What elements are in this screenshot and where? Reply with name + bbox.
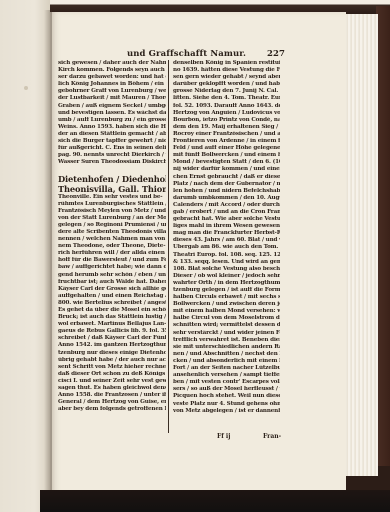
text-line: halben Circuls erbawet / mit sechs schön… (173, 294, 280, 301)
text-line: Rocroy einer Frantzösischen / und auff d… (173, 131, 280, 138)
section-heading: Theonisvilla, Gall. Thionville, (58, 184, 166, 194)
text-line: chen Ernst gebraucht / daß er diesen ves… (173, 174, 280, 181)
text-line: no 1639. hätten diese Vestung die Frantz… (173, 67, 280, 74)
section-heading: Dietenhofen / Diedenhoben / (58, 174, 166, 184)
text-line: & 133. seqq. lesen. Und wird an gemeldte… (173, 259, 280, 266)
text-line: sich gewesen / daher auch der Nahm dis (58, 60, 166, 67)
text-line: darumb umbkommen / den 10. Augusti N. (173, 195, 280, 202)
page-number: 227 (267, 49, 285, 59)
text-line: Graben / auß eignem Seckel / umbgeben / (58, 103, 166, 110)
text-line: denselben König in Spanien restituirt. A… (173, 60, 280, 67)
text-line: ben / mit vesten contr' Escarpes voll Wa… (173, 379, 280, 386)
text-line: von Metz abgelegen / ist er dannenher de… (173, 408, 280, 415)
running-head: und Graffschafft Namur. 227 (82, 49, 282, 60)
text-line: aber bey dem folgends getroffenen Frie- (58, 406, 166, 413)
text-line: tzenburg gelegen / ist auff die Form ein… (173, 287, 280, 294)
text-line: gebohrner Graff von Lurenburg / wegen (58, 88, 166, 95)
running-head-title: und Graffschafft Namur. (127, 49, 246, 59)
text-line: Kirch kommen. Folgends seyn auch Häu- (58, 67, 166, 74)
text-line: wol erbawet. Martinus Bellajus Lan- (58, 321, 166, 328)
text-line: cisci I. und seiner Zeit sehr vest gewes… (58, 378, 166, 385)
text-line: gelegen / so Reginoni Prumiensi / und an… (58, 222, 166, 229)
text-line: baw / auffgerichtet habe; wie dann die G… (58, 264, 166, 271)
text-line: Es gehet da über die Mosel ein schöne (58, 307, 166, 314)
text-line: Bollwercken / und zwischen deren jeglich… (173, 301, 280, 308)
text-line: hoff für die Bawersleut / und zum Feld- (58, 257, 166, 264)
text-line: mit fünff Bollwercken / und einem halben (173, 152, 280, 159)
text-line: Theatri Europ. fol. 108. seq. 125. 129. … (173, 252, 280, 259)
text-line: Platz / nach dem der Gubernator / neben … (173, 181, 280, 188)
text-line: General / dem Hertzog von Guise, erobert… (58, 399, 166, 406)
text-line: len hohen / und nidern Befelchshabern (173, 188, 280, 195)
text-line: Picquen hoch stehet. Weil nun dieser so (173, 393, 280, 400)
text-line: gend herumb sehr schön / eben / und gar (58, 272, 166, 279)
text-line: gebracht hat. Wie aber solche Vestung so… (173, 216, 280, 223)
text-line: und bevestigen lassen. Es wächst da her- (58, 110, 166, 117)
text-line: gaeus de Rebus Gallicis lib. 9. fol. 359… (58, 328, 166, 335)
text-line: 108. Blat solche Vestung also beschriebe… (173, 266, 280, 273)
text-line: dem den 19. Maij erhaltenen Sieg / bey (173, 124, 280, 131)
text-line: Anno 1542. im gantzen Hertzogthumb Lu- (58, 342, 166, 349)
text-line: ansehenlich versehen / sampt tieffen Grä… (173, 372, 280, 379)
column-rule (168, 60, 169, 433)
catchword: Fran- (263, 433, 281, 440)
text-line: auffgehalten / und einen Reichstag Anno (58, 293, 166, 300)
text-line: dieses 43. Jahrs / am 60. Blat / und von… (173, 237, 280, 244)
text-line: fol. 52. 1093. Darauff Anno 1643. der (173, 103, 280, 110)
text-line: litten. Siehe den 4. Tom. Theatr. Europ. (173, 95, 280, 102)
text-line: von der Statt Lurenburg / an der Mosel (58, 215, 166, 222)
text-line: sent Schritt von Metz hieher rechnet / u… (58, 364, 166, 371)
text-line: nennen / welchen Nahmen man von ei- (58, 236, 166, 243)
text-line: Käyser Carl der Grosse sich allhie gern (58, 286, 166, 293)
text-line: sich die Burger tapffer gewehrt / nichts… (58, 138, 166, 145)
text-line: Bruck; ist auch das Stättlein lustig / u… (58, 314, 166, 321)
text-line: Anno 1558. die Frantzosen / unter ihrem (58, 392, 166, 399)
text-line: liges mahl in ihrem Wesen gewesen / davo… (173, 223, 280, 230)
text-line: Fort / an der Seiten nacher Lützelburg z… (173, 365, 280, 372)
text-line: pag. 90. nennts unrecht Dierkirch / und … (58, 152, 166, 159)
text-line: Theonville. Ein sehr vestes und be- (58, 194, 166, 201)
text-line: schreibet / daß Käyser Carl der Fünffte (58, 335, 166, 342)
book-cover-edge (376, 6, 390, 466)
text-line: sen gern wieder gehabt / seynd aber dess… (173, 74, 280, 81)
text-line: übrig gehabt habe / der auch nur acht ta… (58, 357, 166, 364)
text-line: daß dieser Ort schon zu deß Königs Fran- (58, 371, 166, 378)
text-line: darüber geklopfft worden / und haben ein… (173, 81, 280, 88)
text-line: cken / und absonderlich mit einem Reck- (173, 358, 280, 365)
text-line: für außgericht. C. Ens in seinen delicii… (58, 145, 166, 152)
text-line: schnitten wird; vermittelst dessen die S… (173, 322, 280, 329)
gutter-shadow (44, 10, 52, 510)
text-line: mit einem halben Mond versehen: welcher (173, 308, 280, 315)
text-line: wahrter Orth / in dem Hertzogthumb Lü- (173, 280, 280, 287)
text-line: Calenders / mit Accord / oder durch Uber… (173, 202, 280, 209)
text-line: nen / und Abschnitten / nechst den Bollw… (173, 351, 280, 358)
paragraph-spacer (58, 166, 166, 173)
text-line: der an diesen Stättlein gemacht / aber w… (58, 131, 166, 138)
text-line: Frontieren von Ardenne / in einem flache… (173, 138, 280, 145)
text-line: grosse Niderlag den 7. Junij N. Cal. er- (173, 88, 280, 95)
text-line: lich König Johannes in Böhem / ein (58, 81, 166, 88)
book-cover-bottom (40, 490, 390, 512)
text-line: Mond / bevestigten Statt / den 6. (16.) … (173, 159, 280, 166)
text-line: Ubergab am 86. wie auch den Tom. 5. (173, 244, 280, 251)
text-line: rich herführen will / der allda einen Me… (58, 250, 166, 257)
text-line: 800. wie Bertelius schreibet / angestell… (58, 300, 166, 307)
text-line: Dieser / ob wol kleiner / jedoch sehr wo… (173, 273, 280, 280)
text-line: Feld / und auff einer Höhe gelegenen / u… (173, 145, 280, 152)
text-line: nem Theodone, oder Theone, Diete- (58, 243, 166, 250)
signature-mark: Ff ij (217, 433, 230, 440)
text-line: der Lustbarkeit / mit Mauren / Thoren / … (58, 95, 166, 102)
text-line: sers / so auß der Mosel herfleusst / und… (173, 386, 280, 393)
left-column: sich gewesen / daher auch der Nahm disKi… (58, 60, 166, 413)
text-line: trefflich verwahret ist. Beneben diesem … (173, 337, 280, 344)
text-line: veste Platz nur 4. Stund gehens ohngefeh… (173, 401, 280, 408)
text-line: Frantzösisch Meylen von Metz / und vier (58, 208, 166, 215)
text-line: dere alte Scribenten Theodonis villam (58, 229, 166, 236)
paper-stain (24, 86, 28, 90)
right-column: denselben König in Spanien restituirt. A… (173, 60, 280, 415)
text-line: Bourbon, ietzo Printz von Condé, nach (173, 117, 280, 124)
text-line: Weins. Anno 1593. haben sich die Holln- (58, 124, 166, 131)
text-line: halbe Circul von dem Moselstrom durch- (173, 315, 280, 322)
text-line: gab / erobert / und an die Cron Franckre… (173, 209, 280, 216)
text-line: fruchtbar ist; auch Wälde hat. Daher (58, 279, 166, 286)
text-line: sehr verstärckt / und wider jeinen Feind (173, 330, 280, 337)
text-line: umb / auff Lurenburg zu / ein grosse men… (58, 117, 166, 124)
text-line: sie mit unterschiedlichen andern Ravelie… (173, 344, 280, 351)
text-line: nij wider darfür kommen / und einen sol- (173, 166, 280, 173)
text-line: tzenburg nur dieses einige Dietenhofen (58, 350, 166, 357)
text-line: ser darzu gebawet worden: und hat end- (58, 74, 166, 81)
text-line: rühmtes Lurenburgisches Stättlein / vier (58, 201, 166, 208)
text-line: Wasser Suren Theodossiam Diskirch. (58, 159, 166, 166)
text-line: sagen thut. Es haben gleichwol denselben (58, 385, 166, 392)
text-line: Hertzog von Anguien / Ludovicus von (173, 110, 280, 117)
facing-page-left (0, 0, 50, 512)
text-line: mag man die Franckfurter Herbst-Relation (173, 230, 280, 237)
